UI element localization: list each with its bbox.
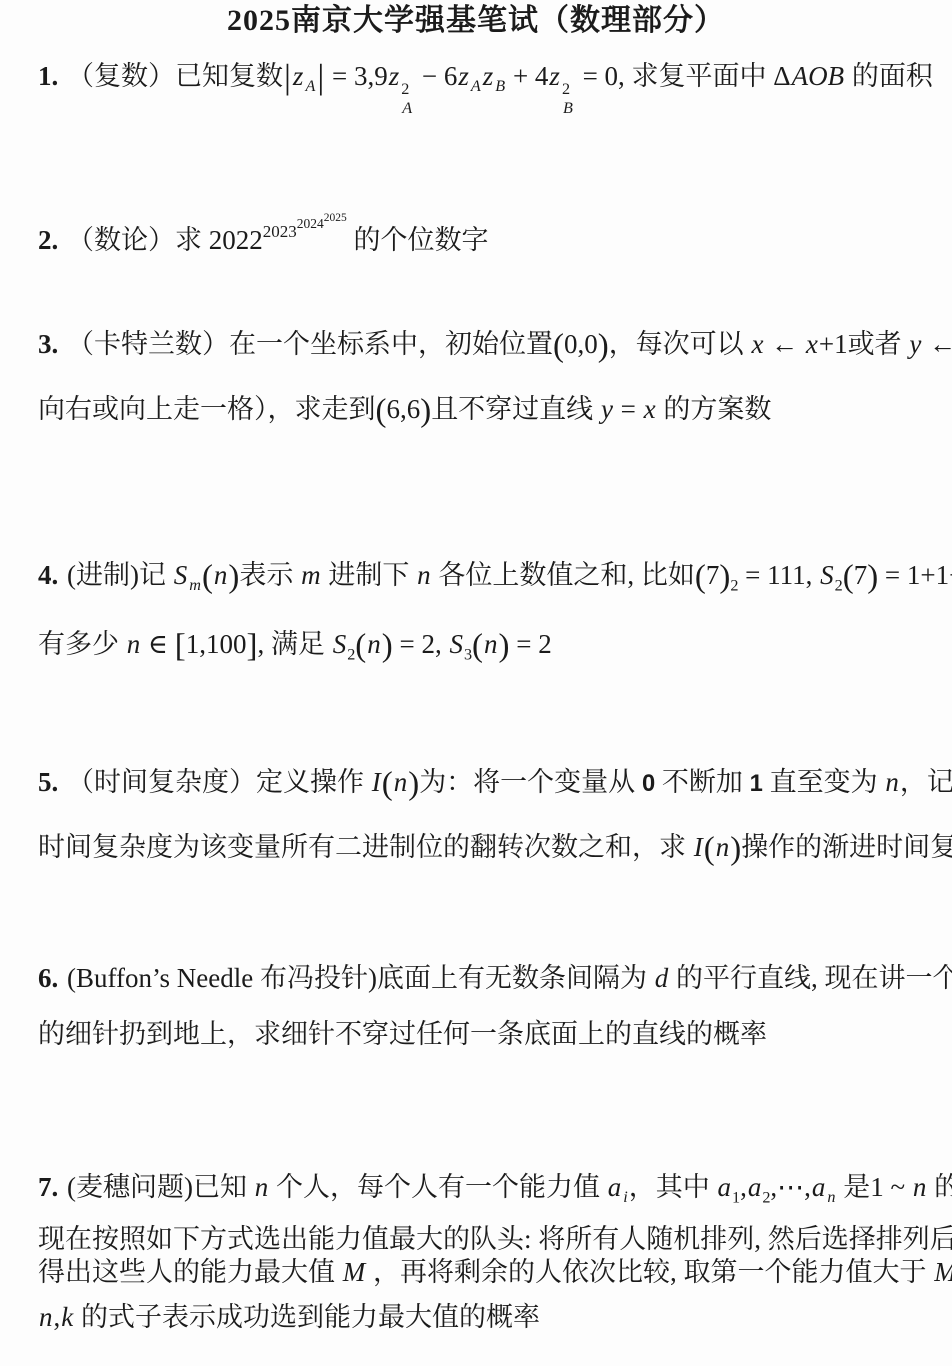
paren: ( — [553, 329, 564, 359]
problem-3-line-2: 向右或向上走一格），求走到(6,6)且不穿过直线 y = x 的方案数 — [38, 391, 771, 429]
math-var: S2 — [332, 629, 356, 659]
paren: ) — [228, 560, 239, 590]
paren: ] — [246, 629, 257, 659]
text-run: 表示 — [239, 560, 300, 590]
math-var: zA — [292, 61, 316, 91]
problem-4-line-2: 有多少 n ∈ [1,100], 满足 S2(n) = 2, S3(n) = 2 — [38, 626, 552, 664]
exponent: 2024 — [297, 225, 324, 255]
text-run: = 2 — [509, 629, 551, 659]
text-run: ← — [764, 329, 805, 359]
text-run: 6,6 — [386, 394, 420, 424]
math-var: M — [342, 1257, 367, 1287]
problem-number: 4. — [38, 560, 67, 590]
paren: ( — [376, 394, 387, 424]
math-var: n — [483, 629, 499, 659]
text-run: ，记 — [900, 767, 952, 797]
text-run: = 3,9 — [325, 61, 387, 91]
paren: ( — [202, 560, 213, 590]
math-var: n — [126, 629, 142, 659]
paren: ) — [730, 832, 741, 862]
problem-number: 2. — [38, 225, 67, 255]
problem-4-line-1: 4. (进制)记 Sm(n)表示 m 进制下 n 各位上数值之和, 比如(7)2… — [38, 557, 952, 595]
math-var: I — [693, 832, 704, 862]
math-var: S3 — [448, 629, 472, 659]
text-run: 且不穿过直线 — [431, 394, 600, 424]
text-run: = — [614, 394, 643, 424]
problem-7-line-2: 现在按照如下方式选出能力值最大的队头: 将所有人随机排列, 然后选择排列后的前 … — [38, 1221, 952, 1257]
text-run: （复数）已知复数 — [67, 61, 283, 91]
text-run: , — [740, 1172, 747, 1202]
text-run: 时间复杂度为该变量所有二进制位的翻转次数之和，求 — [38, 832, 693, 862]
text-run: 的一个排列， — [927, 1172, 952, 1202]
math-var: n — [884, 767, 900, 797]
text-run: = 1+1+1 = 3, 求 — [878, 560, 952, 590]
math-var: AOB — [791, 61, 845, 91]
math-var: M — [933, 1257, 952, 1287]
problem-5-line-1: 5. （时间复杂度）定义操作 I(n)为：将一个变量从 0 不断加 1 直至变为… — [38, 764, 952, 802]
problem-number: 3. — [38, 329, 67, 359]
exponent: 2025 — [324, 225, 347, 255]
paren: ( — [355, 629, 366, 659]
text-run: 现在按照如下方式选出能力值最大的队头: 将所有人随机排列, 然后选择排列后的前 — [38, 1224, 952, 1254]
text-run: ← — [922, 329, 952, 359]
text-run: 的式子表示成功选到能力最大值的概率 — [74, 1302, 540, 1332]
text-run: ，再将剩余的人依次比较, 取第一个能力值大于 — [366, 1257, 933, 1287]
paren: ) — [719, 560, 730, 590]
text-run: 的平行直线, 现在讲一个长度为 — [669, 963, 952, 993]
math-var: m — [300, 560, 322, 590]
problem-2-line-1: 2. （数论）求 2022202320242025 的个位数字 — [38, 200, 489, 258]
number: 1 — [750, 767, 763, 797]
text-run: = 111, — [738, 560, 819, 590]
text-run: 0,0 — [564, 329, 598, 359]
math-var: n — [38, 1302, 54, 1332]
abs-bar: | — [316, 61, 325, 91]
text-run: （卡特兰数）在一个坐标系中，初始位置 — [67, 329, 553, 359]
math-var: y — [600, 394, 614, 424]
paren: ) — [867, 560, 878, 590]
math-var: a1 — [716, 1172, 740, 1202]
exponent: 2023 — [263, 225, 297, 255]
text-run: 为：将一个变量从 — [419, 767, 642, 797]
text-run: ,⋯, — [770, 1172, 811, 1202]
problem-number: 1. — [38, 61, 67, 91]
math-var: x — [805, 329, 819, 359]
abs-bar: | — [283, 61, 292, 91]
paren: ( — [843, 560, 854, 590]
text-run: ，每次可以 — [609, 329, 751, 359]
page-title: 2025南京大学强基笔试（数理部分） — [0, 2, 952, 40]
math-var: n — [416, 560, 432, 590]
text-run: + 4 — [506, 61, 548, 91]
text-run: 不断加 — [655, 767, 750, 797]
math-var: x — [643, 394, 657, 424]
paren: [ — [175, 629, 186, 659]
math-var: y — [908, 329, 922, 359]
text-run: 向右或向上走一格），求走到 — [38, 394, 376, 424]
problem-number: 6. — [38, 963, 67, 993]
text-run: 得出这些人的能力最大值 — [38, 1257, 342, 1287]
text-run: ，其中 — [629, 1172, 717, 1202]
paren: ) — [382, 629, 393, 659]
problem-7-line-3: 得出这些人的能力最大值 M ，再将剩余的人依次比较, 取第一个能力值大于 M 的… — [38, 1254, 952, 1290]
paren: ( — [382, 767, 393, 797]
math-var: n — [213, 560, 229, 590]
problem-3-line-1: 3. （卡特兰数）在一个坐标系中，初始位置(0,0)，每次可以 x ← x+1或… — [38, 326, 952, 364]
math-var: n — [715, 832, 731, 862]
text-run: ∈ — [141, 629, 175, 659]
math-var: z2B — [548, 61, 575, 91]
text-run: 的细针扔到地上，求细针不穿过任何一条底面上的直线的概率 — [38, 1019, 767, 1049]
text-run: （时间复杂度）定义操作 — [67, 767, 371, 797]
paren: ) — [420, 394, 431, 424]
text-run: = 2, — [393, 629, 449, 659]
math-var: d — [654, 963, 670, 993]
math-var: n — [366, 629, 382, 659]
text-run: 的个位数字 — [347, 225, 489, 255]
text-run: (Buffon’s Needle 布冯投针)底面上有无数条间隔为 — [67, 963, 654, 993]
text-run: 的面积 — [845, 61, 933, 91]
text-run: +1或者 — [819, 329, 908, 359]
paren: ( — [472, 629, 483, 659]
problem-1-line-1: 1. （复数）已知复数|zA| = 3,9z2A − 6zAzB + 4z2B … — [38, 58, 933, 116]
paren: ( — [695, 560, 706, 590]
problem-7-line-4: n,k 的式子表示成功选到能力最大值的概率 — [38, 1299, 540, 1335]
problem-5-line-2: 时间复杂度为该变量所有二进制位的翻转次数之和，求 I(n)操作的渐进时间复杂度 — [38, 829, 952, 867]
math-var: n — [393, 767, 409, 797]
math-var: a2 — [747, 1172, 771, 1202]
math-var: k — [60, 1302, 74, 1332]
paren: ) — [408, 767, 419, 797]
math-var: S2 — [819, 560, 843, 590]
math-var: z2A — [388, 61, 415, 91]
text-run: 进制下 — [322, 560, 417, 590]
text-run: 7 — [706, 560, 720, 590]
math-var: x — [750, 329, 764, 359]
problem-6-line-2: 的细针扔到地上，求细针不穿过任何一条底面上的直线的概率 — [38, 1016, 767, 1052]
text-run: 直至变为 — [763, 767, 885, 797]
text-run: , 满足 — [257, 629, 331, 659]
problem-7-line-1: 7. (麦穗问题)已知 n 个人，每个人有一个能力值 ai，其中 a1,a2,⋯… — [38, 1169, 952, 1206]
math-var: an — [811, 1172, 837, 1202]
text-run: 1,100 — [186, 629, 247, 659]
math-var: ai — [607, 1172, 629, 1202]
text-run: 各位上数值之和, 比如 — [432, 560, 695, 590]
problem-number: 7. — [38, 1172, 67, 1202]
text-run: 个人，每个人有一个能力值 — [269, 1172, 607, 1202]
text-run: 操作的渐进时间复杂度 — [741, 832, 952, 862]
math-var: zB — [482, 61, 506, 91]
paren: ) — [499, 629, 510, 659]
text-run: 有多少 — [38, 629, 126, 659]
text-run: − 6 — [415, 61, 457, 91]
text-run: 7 — [854, 560, 868, 590]
text-run: 是1 ~ — [837, 1172, 912, 1202]
math-var: I — [371, 767, 382, 797]
exam-page: 2025南京大学强基笔试（数理部分） 1. （复数）已知复数|zA| = 3,9… — [0, 0, 952, 1366]
paren: ) — [598, 329, 609, 359]
text-run: （数论）求 2022 — [67, 225, 263, 255]
paren: ( — [704, 832, 715, 862]
text-run: = 0, 求复平面中 Δ — [576, 61, 791, 91]
math-var: Sm — [173, 560, 202, 590]
number: 0 — [642, 767, 655, 797]
problem-number: 5. — [38, 767, 67, 797]
text-run: (麦穗问题)已知 — [67, 1172, 254, 1202]
math-var: zA — [457, 61, 481, 91]
math-var: n — [912, 1172, 928, 1202]
text-run: 的方案数 — [657, 394, 772, 424]
math-var: n — [254, 1172, 270, 1202]
text-run: (进制)记 — [67, 560, 173, 590]
